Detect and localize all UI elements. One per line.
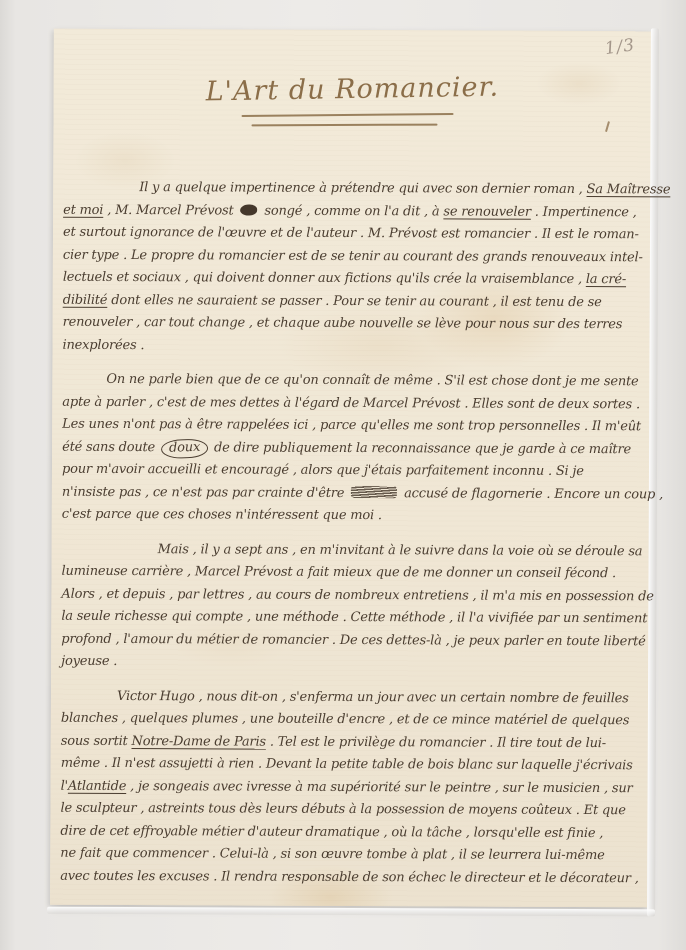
- text-segment: été sans doute: [62, 439, 159, 454]
- manuscript-line: Mais , il y a sept ans , en m'invitant à…: [62, 538, 645, 563]
- manuscript-line: dire de cet effroyable métier d'auteur d…: [60, 820, 643, 845]
- text-segment: ne fait que commencer . Celui-là , si so…: [60, 846, 604, 863]
- text-segment: inexplorées .: [63, 337, 145, 352]
- text-segment: pour m'avoir accueilli et encouragé , al…: [62, 462, 584, 479]
- manuscript-page: 1/3 L'Art du Romancier. Il y a quelque i…: [50, 29, 651, 908]
- manuscript-line: inexplorées .: [62, 334, 645, 359]
- manuscript-line: apte à parler , c'est de mes dettes à l'…: [62, 391, 645, 416]
- manuscript-line: profond , l'amour du métier de romancier…: [61, 628, 644, 653]
- manuscript-line: c'est parce que ces choses n'intéressent…: [62, 504, 645, 529]
- text-segment: le sculpteur , astreints tous dès leurs …: [60, 801, 625, 818]
- page-number-pencil: 1/3: [603, 35, 636, 59]
- manuscript-line: dibilité dont elles ne sauraient se pass…: [63, 289, 646, 314]
- text-segment: apte à parler , c'est de mes dettes à l'…: [62, 394, 640, 412]
- text-segment: , M. Marcel Prévost: [103, 202, 237, 218]
- manuscript-line: et moi , M. Marcel Prévost a songé , com…: [63, 199, 646, 224]
- text-segment: songé , comme on l'a dit , à: [260, 203, 443, 219]
- text-segment: accusé de flagornerie . Encore un coup ,: [400, 486, 663, 502]
- text-segment: . Impertinence ,: [531, 204, 637, 219]
- text-segment: dont elles ne sauraient se passer . Pour…: [107, 292, 601, 309]
- paragraph: Mais , il y a sept ans , en m'invitant à…: [61, 538, 645, 676]
- manuscript-line: Les unes n'ont pas à être rappelées ici …: [62, 414, 645, 439]
- manuscript-line: cier type . Le propre du romancier est d…: [63, 244, 646, 269]
- text-segment: sous sortit: [61, 733, 132, 748]
- text-segment: et surtout ignorance de l'œuvre et de l'…: [63, 225, 639, 243]
- manuscript-line: On ne parle bien que de ce qu'on connaît…: [62, 369, 645, 394]
- plastic-sleeve-edge-bottom: [47, 907, 655, 917]
- text-segment: Mais , il y a sept ans , en m'invitant à…: [158, 542, 643, 559]
- manuscript-line: renouveler , car tout change , et chaque…: [63, 312, 646, 337]
- text-segment: Alors , et depuis , par lettres , au cou…: [61, 586, 653, 604]
- text-segment: renouveler , car tout change , et chaque…: [63, 315, 623, 332]
- manuscript-text: Il y a quelque impertinence à prétendre …: [60, 177, 646, 903]
- text-segment: la seule richesse qui compte , une métho…: [61, 609, 647, 627]
- manuscript-line: été sans doute doux de dire publiquement…: [62, 436, 645, 461]
- manuscript-line: même . Il n'est assujetti à rien . Devan…: [61, 753, 644, 778]
- manuscript-line: n'insiste pas , ce n'est pas par crainte…: [62, 481, 645, 506]
- text-segment: Victor Hugo , nous dit-on , s'enferma un…: [117, 688, 629, 705]
- text-segment: Il y a quelque impertinence à prétendre …: [139, 180, 586, 197]
- paragraph: Il y a quelque impertinence à prétendre …: [62, 177, 646, 360]
- paragraph: On ne parle bien que de ce qu'on connaît…: [62, 369, 646, 529]
- manuscript-line: lumineuse carrière , Marcel Prévost a fa…: [61, 561, 644, 586]
- paragraph: Victor Hugo , nous dit-on , s'enferma un…: [60, 685, 644, 890]
- manuscript-line: Victor Hugo , nous dit-on , s'enferma un…: [61, 685, 644, 710]
- manuscript-line: joyeuse .: [61, 651, 644, 676]
- manuscript-line: la seule richesse qui compte , une métho…: [61, 606, 644, 631]
- text-segment: . Tel est le privilège du romancier . Il…: [266, 734, 606, 750]
- plastic-sleeve-edge-right: [647, 28, 659, 916]
- text-segment: Les unes n'ont pas à être rappelées ici …: [62, 417, 641, 435]
- title-block: L'Art du Romancier.: [53, 73, 650, 128]
- title-underline: [251, 124, 437, 127]
- manuscript-line: l'Atlantide , je songeais avec ivresse à…: [61, 775, 644, 800]
- text-segment: n'insiste pas , ce n'est pas par crainte…: [62, 484, 348, 500]
- text-segment: dire de cet effroyable métier d'auteur d…: [60, 823, 603, 840]
- manuscript-line: Alors , et depuis , par lettres , au cou…: [61, 583, 644, 608]
- manuscript-line: ne fait que commencer . Celui-là , si so…: [60, 843, 643, 868]
- text-segment: joyeuse .: [61, 654, 117, 669]
- manuscript-line: sous sortit Notre-Dame de Paris . Tel es…: [61, 730, 644, 755]
- manuscript-line: lectuels et sociaux , qui doivent donner…: [63, 267, 646, 292]
- underlined-segment: et moi: [63, 202, 103, 217]
- manuscript-photo: 1/3 L'Art du Romancier. Il y a quelque i…: [0, 0, 686, 950]
- underlined-segment: la cré-: [586, 272, 626, 287]
- text-segment: avec toutes les excuses . Il rendra resp…: [60, 868, 639, 886]
- manuscript-line: avec toutes les excuses . Il rendra resp…: [60, 865, 643, 890]
- manuscript-line: pour m'avoir accueilli et encouragé , al…: [62, 459, 645, 484]
- text-segment: blanches , quelques plumes , une bouteil…: [61, 711, 629, 728]
- underlined-segment: dibilité: [63, 292, 108, 307]
- text-segment: cier type . Le propre du romancier est d…: [63, 247, 643, 265]
- text-segment: , je songeais avec ivresse à ma supérior…: [126, 779, 632, 796]
- text-segment: c'est parce que ces choses n'intéressent…: [62, 507, 382, 523]
- manuscript-line: et surtout ignorance de l'œuvre et de l'…: [63, 222, 646, 247]
- page-title: L'Art du Romancier.: [205, 72, 499, 108]
- text-segment: On ne parle bien que de ce qu'on connaît…: [106, 372, 638, 389]
- ink-blot-word: a: [240, 204, 257, 215]
- underlined-segment: Atlantide: [68, 778, 126, 793]
- circled-word: doux: [161, 438, 209, 458]
- underlined-segment: Sa Maîtresse: [587, 182, 671, 197]
- text-segment: lumineuse carrière , Marcel Prévost a fa…: [62, 564, 616, 581]
- text-segment: profond , l'amour du métier de romancier…: [61, 631, 645, 649]
- text-segment: lectuels et sociaux , qui doivent donner…: [63, 270, 586, 287]
- underlined-segment: Notre-Dame de Paris: [132, 734, 266, 750]
- underlined-segment: se renouveler: [443, 204, 531, 219]
- manuscript-line: le sculpteur , astreints tous dès leurs …: [60, 798, 643, 823]
- scratched-out-word: [351, 486, 397, 498]
- manuscript-line: blanches , quelques plumes , une bouteil…: [61, 708, 644, 733]
- manuscript-line: Il y a quelque impertinence à prétendre …: [63, 177, 646, 202]
- text-segment: même . Il n'est assujetti à rien . Devan…: [61, 756, 633, 773]
- title-underline: [241, 113, 453, 117]
- text-segment: de dire publiquement la reconnaissance q…: [210, 440, 631, 457]
